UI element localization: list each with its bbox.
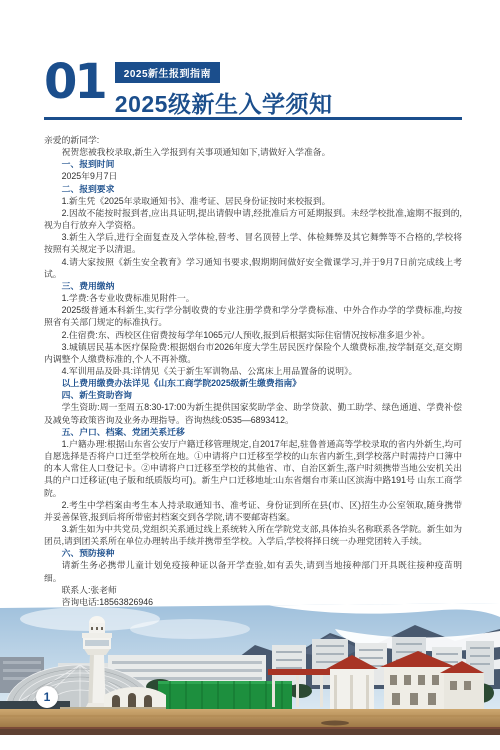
photo-green-fence	[158, 681, 292, 709]
document-page: 01 2025新生报到指南 2025级新生入学须知 亲爱的新同学: 祝贺您被我校…	[0, 0, 500, 750]
header-tag: 2025新生报到指南	[115, 62, 220, 83]
paragraph: 4.军训用品及卧具:详情见《关于新生军训物品、公寓床上用品置备的说明》。	[44, 365, 462, 377]
section-heading: 三、费用缴纳	[44, 280, 462, 292]
section-heading: 四、新生资助咨询	[44, 389, 462, 401]
paragraph: 学生资助:周一至周五8:30-17:00为新生提供国家奖助学金、助学贷款、勤工助…	[44, 401, 462, 425]
section-heading: 五、户口、档案、党团关系迁移	[44, 426, 462, 438]
campus-photo	[0, 603, 500, 735]
paragraph: 4.请大家按照《新生安全教育》学习通知书要求,假期期间做好安全微课学习,并于9月…	[44, 256, 462, 280]
paragraph: 1.户籍办理:根据山东省公安厅户籍迁移管理规定,自2017年起,驻鲁普通高等学校…	[44, 438, 462, 499]
document-body: 亲爱的新同学: 祝贺您被我校录取,新生入学报到有关事项通知如下,请做好入学准备。…	[44, 134, 462, 620]
paragraph: 联系人:张老师	[44, 584, 462, 596]
section-heading: 二、报到要求	[44, 183, 462, 195]
page-header: 01 2025新生报到指南 2025级新生入学须知	[44, 56, 332, 119]
header-title-block: 2025新生报到指南 2025级新生入学须知	[115, 56, 333, 119]
photo-beach	[0, 709, 500, 729]
paragraph: 1.新生凭《2025年录取通知书》、准考证、居民身份证按时来校报到。	[44, 195, 462, 207]
paragraph: 2025级普通本科新生,实行学分制收费的专业注册学费和学分学费标准、中外合作办学…	[44, 304, 462, 328]
paragraph: 3.新生入学后,进行全面复查及入学体检,替考、冒名顶替上学、体检舞弊及其它舞弊等…	[44, 231, 462, 255]
section-heading: 以上费用缴费办法详见《山东工商学院2025级新生缴费指南》	[44, 377, 462, 389]
paragraph: 2.住宿费:东、西校区住宿费按每学年1065元/人预收,报到后根据实际住宿情况按…	[44, 329, 462, 341]
paragraph: 2025年9月7日	[44, 170, 462, 182]
paragraph: 3.新生如为中共党员,党组织关系通过线上系统转入所在学院党支部,具体抬头名称联系…	[44, 523, 462, 547]
paragraph: 2.因故不能按时报到者,应出具证明,提出请假申请,经批准后方可延期报到。未经学校…	[44, 207, 462, 231]
chapter-number: 01	[44, 56, 105, 108]
header-divider	[44, 117, 462, 120]
section-heading: 一、报到时间	[44, 158, 462, 170]
paragraph: 1.学费:各专业收费标准见附件一。	[44, 292, 462, 304]
page-title: 2025级新生入学须知	[115, 86, 333, 119]
paragraph: 请新生务必携带儿童计划免疫接种证以备开学查验,如有丢失,请到当地接种部门开具既往…	[44, 559, 462, 583]
page-number-badge: 1	[36, 686, 58, 708]
paragraph: 3.城镇居民基本医疗保险费:根据烟台市2026年度大学生居民医疗保险个人缴费标准…	[44, 341, 462, 365]
paragraph: 2.考生中学档案由考生本人持录取通知书、准考证、身份证到所在县(市、区)招生办公…	[44, 499, 462, 523]
section-heading: 六、预防接种	[44, 547, 462, 559]
paragraph: 祝贺您被我校录取,新生入学报到有关事项通知如下,请做好入学准备。	[44, 146, 462, 158]
greeting: 亲爱的新同学:	[44, 134, 462, 146]
